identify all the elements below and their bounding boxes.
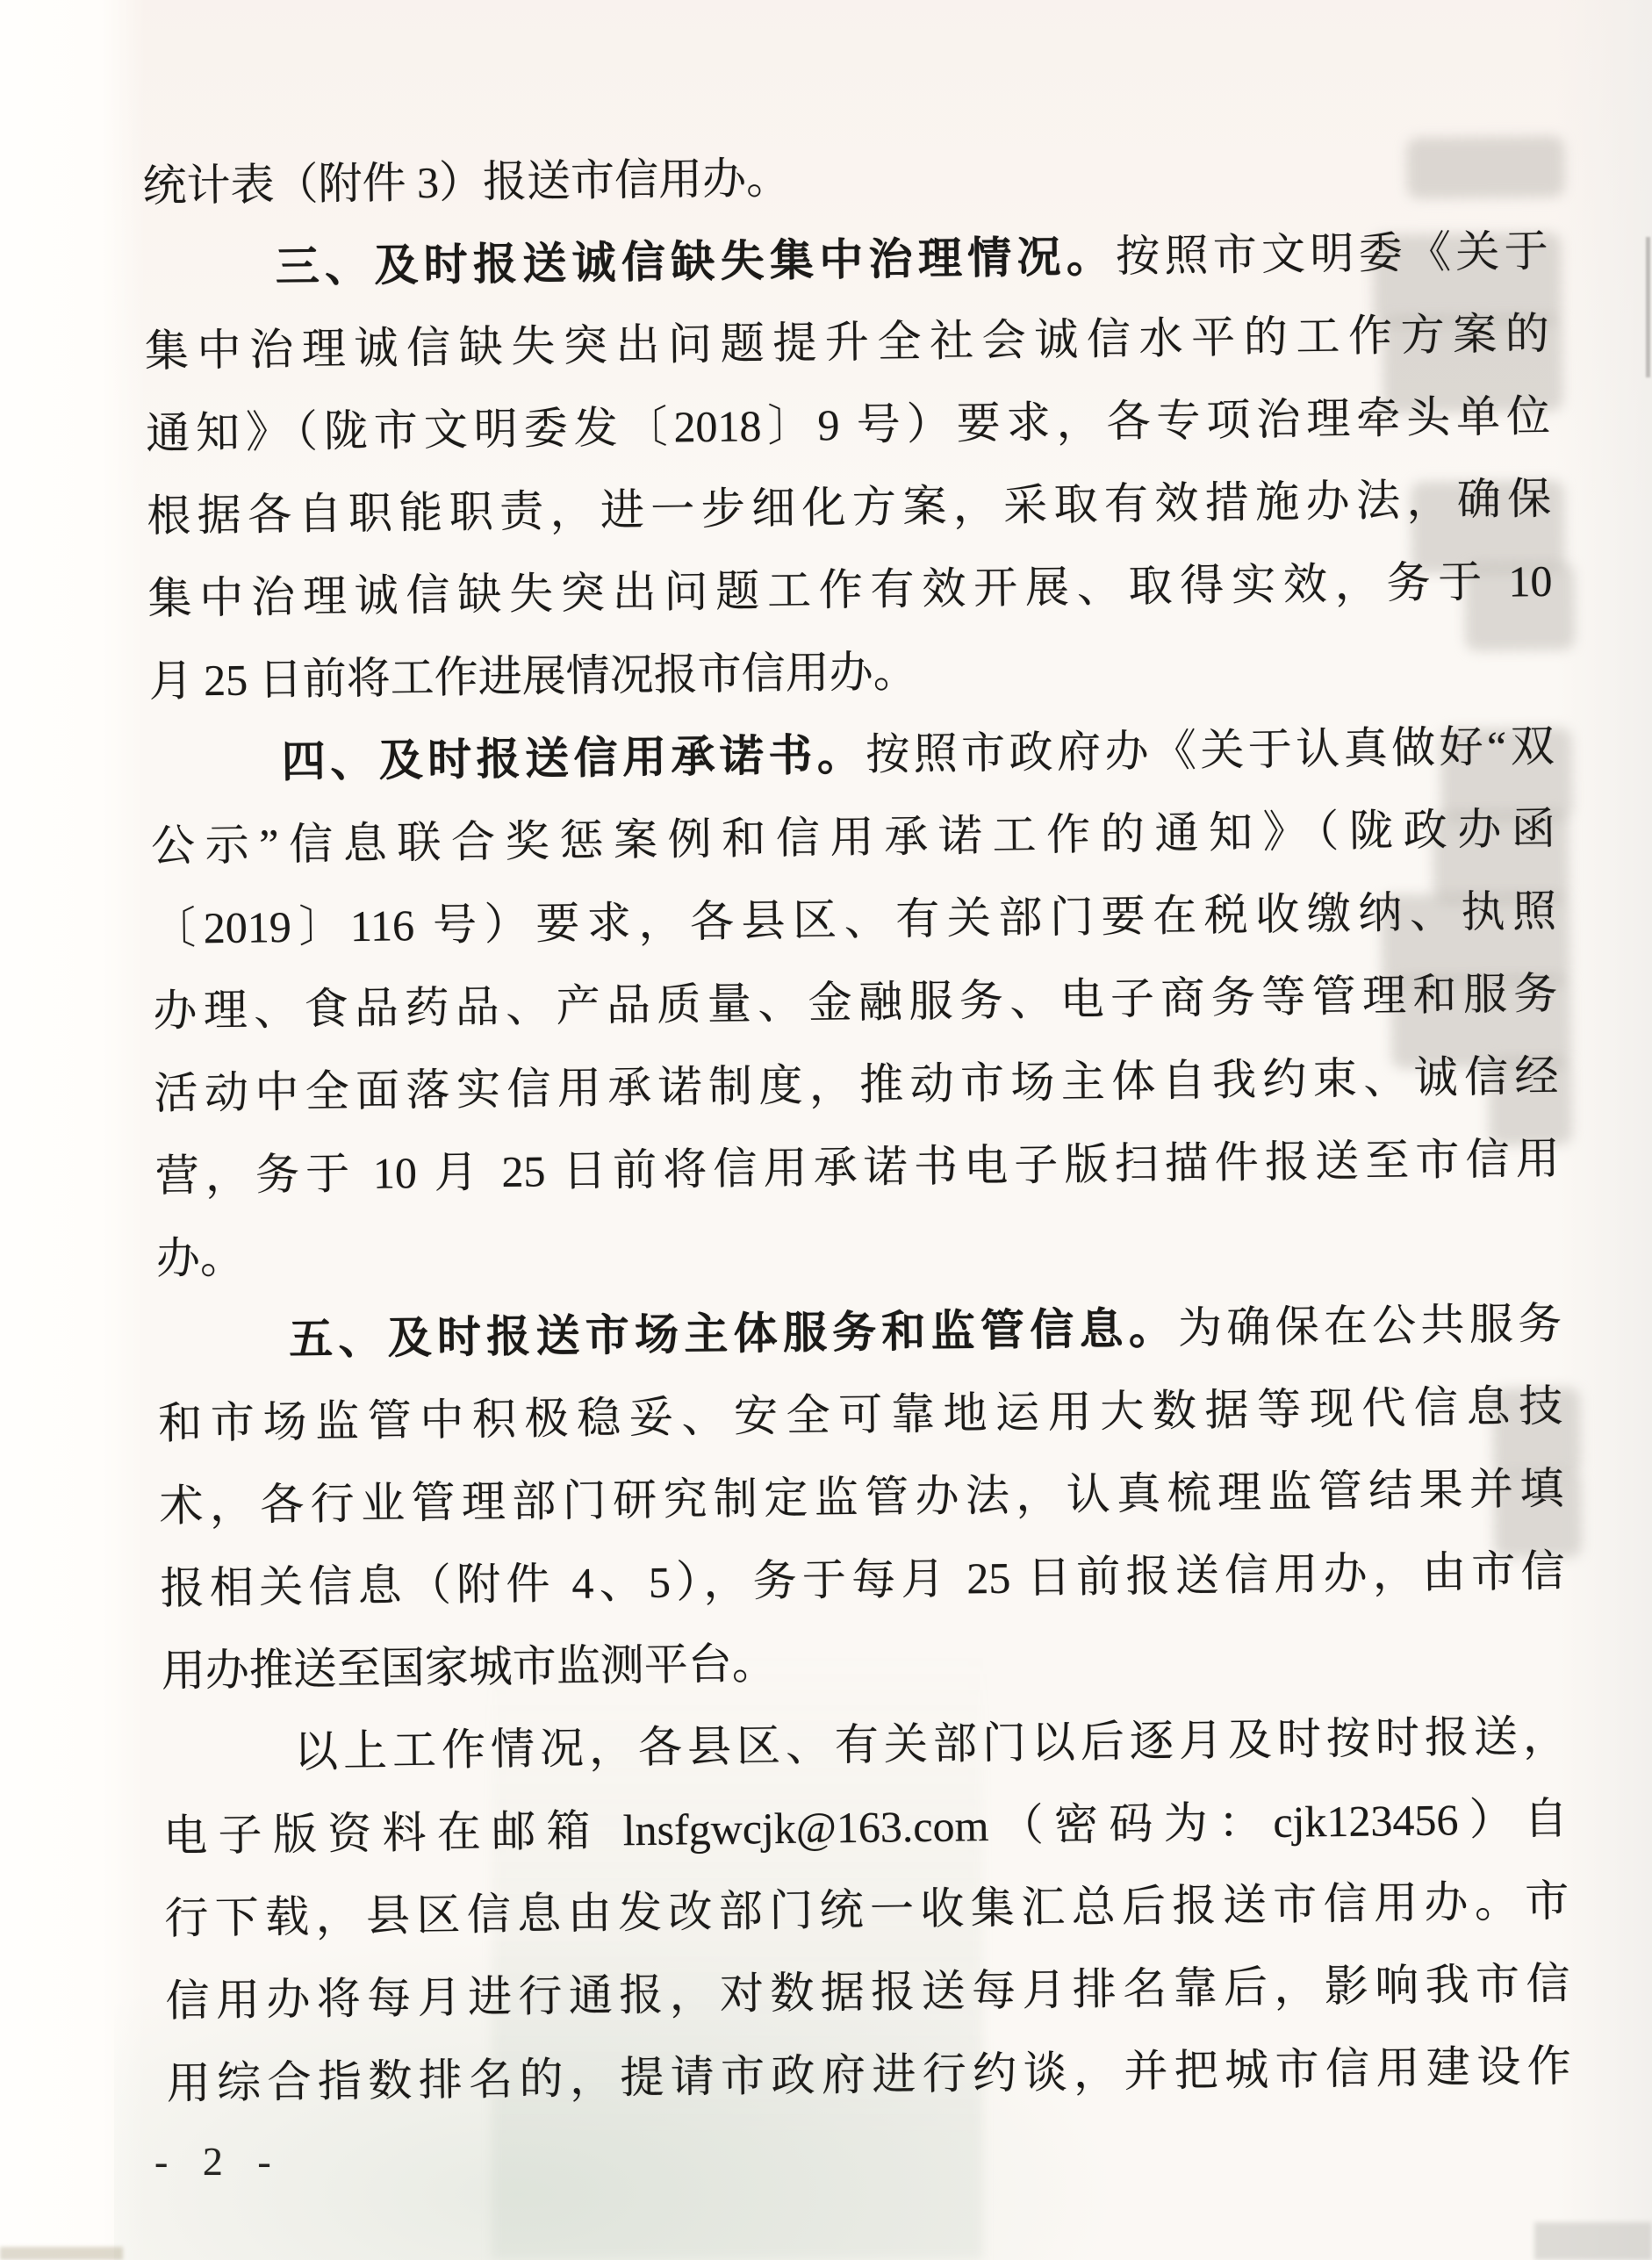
body-text: 公示”信息联合奖惩案例和信用承诺工作的通知》（陇政办函 — [151, 804, 1556, 871]
body-text: 为确保在公共服务 — [1178, 1299, 1562, 1352]
body-text: 统计表（附件 3）报送市信用办。 — [142, 154, 790, 211]
body-text: 用综合指数排名的，提请市政府进行约谈，并把城市信用建设作 — [166, 2041, 1571, 2108]
heading-text: 四、及时报送信用承诺书。 — [281, 730, 866, 786]
text-line: 用综合指数排名的，提请市政府进行约谈，并把城市信用建设作 — [166, 2025, 1571, 2125]
scanned-document: { "colors": { "paper": "#fbf8f4", "ink":… — [0, 0, 1652, 2260]
body-text: 通知》（陇市文明委发〔2018〕9 号）要求，各专项治理牵头单位 — [146, 391, 1551, 458]
body-text: 按照市文明委《关于 — [1116, 226, 1548, 281]
body-text: 信用办将每月进行通报，对数据报送每月排名靠后，影响我市信 — [165, 1959, 1570, 2026]
body-text: 用办推送至国家城市监测平台。 — [162, 1639, 777, 1696]
scan-smudge-corner — [1534, 2222, 1652, 2260]
page-number: - 2 - — [154, 2138, 284, 2185]
body-text: 办。 — [156, 1233, 245, 1283]
scan-edge-line — [1646, 237, 1650, 377]
document-lines: 统计表（附件 3）报送市信用办。三、及时报送诚信缺失集中治理情况。按照市文明委《… — [142, 127, 1571, 2125]
body-text: 活动中全面落实信用承诺制度，推动市场主体自我约束、诚信经 — [154, 1051, 1559, 1118]
body-text: 〔2019〕116 号）要求，各县区、有关部门要在税收缴纳、执照 — [152, 886, 1557, 953]
body-text: 集中治理诚信缺失突出问题工作有效开展、取得实效，务于 10 — [147, 556, 1553, 623]
page-left-edge — [0, 0, 145, 2260]
body-text: 行下载，县区信息由发改部门统一收集汇总后报送市信用办。市 — [164, 1876, 1569, 1943]
heading-text: 三、及时报送诚信缺失集中治理情况。 — [275, 232, 1116, 291]
body-text: 根据各自职能职责，进一步细化方案，采取有效措施办法，确保 — [147, 474, 1552, 541]
body-text: 月 25 日前将工作进展情况报市信用办。 — [148, 647, 917, 706]
page-bottom-edge — [0, 2247, 123, 2260]
scan-shadow-right — [1555, 0, 1652, 2260]
body-text: 以上工作情况，各县区、有关部门以后逐月及时按时报送， — [294, 1711, 1568, 1776]
body-text: 术，各行业管理部门研究制定监管办法，认真梳理监管结果并填 — [159, 1464, 1564, 1531]
body-text: 按照市政府办《关于认真做好“双 — [866, 721, 1555, 779]
body-text: 电子版资料在邮箱 lnsfgwcjk@163.com（密码为：cjk123456… — [163, 1794, 1569, 1861]
text-block: 统计表（附件 3）报送市信用办。三、及时报送诚信缺失集中治理情况。按照市文明委《… — [142, 127, 1571, 2125]
body-text: 集中治理诚信缺失突出问题提升全社会诚信水平的工作方案的 — [145, 309, 1550, 376]
heading-text: 五、及时报送市场主体服务和监管信息。 — [289, 1303, 1179, 1364]
body-text: 报相关信息（附件 4、5），务于每月 25 日前报送信用办，由市信 — [160, 1546, 1565, 1613]
document-page: 统计表（附件 3）报送市信用办。三、及时报送诚信缺失集中治理情况。按照市文明委《… — [0, 0, 1652, 2260]
body-text: 营，务于 10 月 25 日前将信用承诺书电子版扫描件报送至市信用 — [154, 1134, 1560, 1201]
body-text: 办理、食品药品、产品质量、金融服务、电子商务等管理和服务 — [153, 969, 1558, 1036]
body-text: 和市场监管中积极稳妥、安全可靠地运用大数据等现代信息技 — [158, 1381, 1563, 1448]
